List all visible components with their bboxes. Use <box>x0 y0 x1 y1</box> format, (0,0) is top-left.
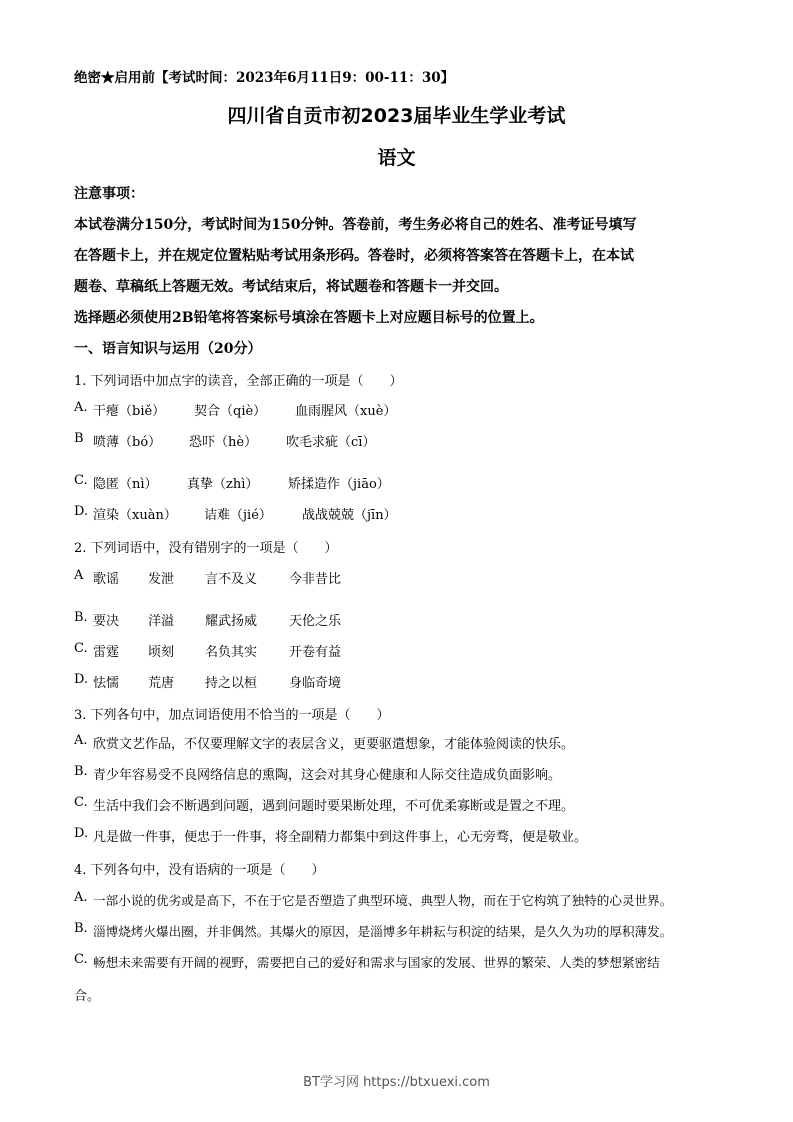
subject-title: 语文 <box>0 143 793 170</box>
option-label: D. <box>74 826 88 841</box>
option-item: 今非昔比 <box>289 568 341 587</box>
option-item: 持之以桓 <box>205 672 257 691</box>
option-item: 开卷有益 <box>289 641 341 660</box>
option-item: 天伦之乐 <box>289 610 341 629</box>
option-item: 渲染（xuàn） <box>93 504 177 523</box>
option-item: 歌谣 <box>93 568 119 587</box>
notice-line: 选择题必须使用2B铅笔将答案标号填涂在答题卡上对应题目标号的位置上。 <box>74 307 544 327</box>
option-label: D. <box>74 504 88 519</box>
option-label: A. <box>74 890 88 905</box>
option-text: 一部小说的优劣或是高下，不在于它是否塑造了典型环境、典型人物，而在于它构筑了独特… <box>93 890 672 909</box>
option-label: A. <box>74 733 88 748</box>
option-label: C. <box>74 641 88 656</box>
option-item: 干瘪（biě） <box>93 400 165 419</box>
option-item: 荒唐 <box>148 672 174 691</box>
exam-page: 绝密★启用前【考试时间：2023年6月11日9：00-11：30】 四川省自贡市… <box>0 0 793 1122</box>
option-item: 言不及义 <box>205 568 257 587</box>
option-label: B. <box>74 764 88 779</box>
option-item: 顷刻 <box>148 641 174 660</box>
option-item: 战战兢兢（jīn） <box>302 504 397 523</box>
option-label: C. <box>74 952 88 967</box>
notice-line: 在答题卡上，并在规定位置粘贴考试用条形码。答卷时，必须将答案答在答题卡上，在本试 <box>74 245 634 265</box>
section-heading: 一、语言知识与运用（20分） <box>74 338 261 358</box>
option-item: 契合（qiè） <box>194 400 266 419</box>
option-label: B. <box>74 921 88 936</box>
option-item: 诘难（jié） <box>204 504 272 523</box>
option-item: 恐吓（hè） <box>189 431 257 450</box>
option-text: 凡是做一件事，便忠于一件事，将全副精力都集中到这件事上，心无旁骛，便是敬业。 <box>93 826 587 845</box>
question-3-stem: 3. 下列各句中，加点词语使用不恰当的一项是（ ） <box>74 704 390 723</box>
option-label: A. <box>74 400 88 415</box>
option-item: 雷霆 <box>93 641 119 660</box>
notice-line: 本试卷满分150分，考试时间为150分钟。答卷前，考生务必将自己的姓名、准考证号… <box>74 214 636 234</box>
option-text: 淄博烧烤火爆出圈，并非偶然。其爆火的原因，是淄博多年耕耘与积淀的结果，是久久为功… <box>93 921 672 940</box>
option-item: 喷薄（bó） <box>93 431 161 450</box>
confidential-line: 绝密★启用前【考试时间：2023年6月11日9：00-11：30】 <box>74 66 454 86</box>
question-4-stem: 4. 下列各句中，没有语病的一项是（ ） <box>74 859 325 878</box>
option-label: C. <box>74 473 88 488</box>
option-item: 要决 <box>93 610 119 629</box>
option-label: D. <box>74 672 88 687</box>
option-label: B. <box>74 610 88 625</box>
notice-heading: 注意事项： <box>74 183 144 203</box>
option-item: 吹毛求疵（cī） <box>286 431 375 450</box>
exam-title: 四川省自贡市初2023届毕业生学业考试 <box>0 101 793 128</box>
option-item: 真挚（zhì） <box>187 473 258 492</box>
option-text: 畅想未来需要有开阔的视野，需要把自己的爱好和需求与国家的发展、世界的繁荣、人类的… <box>93 952 660 971</box>
option-text: 欣赏文艺作品，不仅要理解文字的表层含义，更要驱遣想象，才能体验阅读的快乐。 <box>93 733 574 752</box>
option-text-continued: 合。 <box>74 985 100 1004</box>
question-1-stem: 1. 下列词语中加点字的读音，全部正确的一项是（ ） <box>74 370 403 389</box>
notice-line: 题卷、草稿纸上答题无效。考试结束后，将试题卷和答题卡一并交回。 <box>74 276 508 296</box>
option-text: 生活中我们会不断遇到问题，遇到问题时要果断处理，不可优柔寡断或是置之不理。 <box>93 795 574 814</box>
option-item: 耀武扬威 <box>205 610 257 629</box>
option-item: 矫揉造作（jiāo） <box>288 473 390 492</box>
option-item: 名负其实 <box>205 641 257 660</box>
option-item: 身临奇境 <box>289 672 341 691</box>
watermark-footer: BT学习网 https://btxuexi.com <box>0 1071 793 1090</box>
option-item: 发泄 <box>148 568 174 587</box>
option-label: A <box>74 568 83 583</box>
option-item: 怯懦 <box>93 672 119 691</box>
option-label: B <box>74 431 84 446</box>
option-item: 血雨腥风（xuè） <box>295 400 396 419</box>
option-label: C. <box>74 795 88 810</box>
question-2-stem: 2. 下列词语中，没有错别字的一项是（ ） <box>74 537 338 556</box>
option-text: 青少年容易受不良网络信息的熏陶，这会对其身心健康和人际交往造成负面影响。 <box>93 764 561 783</box>
option-item: 洋溢 <box>148 610 174 629</box>
option-item: 隐匿（nì） <box>93 473 158 492</box>
